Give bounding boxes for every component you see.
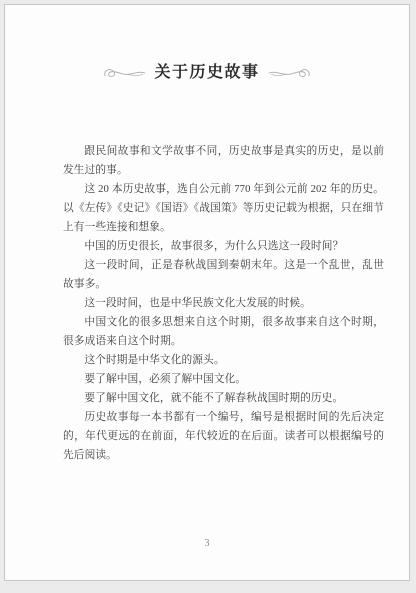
page-number: 3: [5, 538, 409, 549]
paragraph: 跟民间故事和文学故事不同，历史故事是真实的历史，是以前发生过的事。: [63, 142, 384, 180]
page-title: 关于历史故事: [154, 61, 259, 85]
flourish-left-icon: [103, 65, 147, 81]
paragraph: 要了解中国文化，就不能不了解春秋战国时期的历史。: [63, 389, 384, 408]
paragraph: 这一段时间，正是春秋战国到秦朝末年。这是一个乱世，乱世故事多。: [63, 256, 384, 294]
paragraph: 要了解中国，必须了解中国文化。: [63, 370, 384, 389]
book-page-background: { "page": { "title": "关于历史故事", "page_num…: [0, 0, 416, 593]
flourish-right-icon: [267, 65, 311, 81]
paragraph: 中国文化的很多思想来自这个时期，很多故事来自这个时期，很多成语来自这个时期。: [63, 313, 384, 351]
paragraph: 这一段时间，也是中华民族文化大发展的时候。: [63, 294, 384, 313]
book-page: 关于历史故事 跟民间故事和文学故事不同，历史故事是真实的历史，是以前发生过的事。…: [4, 4, 410, 581]
paragraph: 历史故事每一本书都有一个编号，编号是根据时间的先后决定的，年代更远的在前面，年代…: [63, 408, 384, 465]
paragraph: 这 20 本历史故事，选自公元前 770 年到公元前 202 年的历史。以《左传…: [63, 180, 384, 237]
body-text: 跟民间故事和文学故事不同，历史故事是真实的历史，是以前发生过的事。 这 20 本…: [5, 142, 409, 465]
chapter-title-row: 关于历史故事: [5, 61, 409, 85]
paragraph: 这个时期是中华文化的源头。: [63, 351, 384, 370]
paragraph: 中国的历史很长，故事很多，为什么只选这一段时间？: [63, 237, 384, 256]
